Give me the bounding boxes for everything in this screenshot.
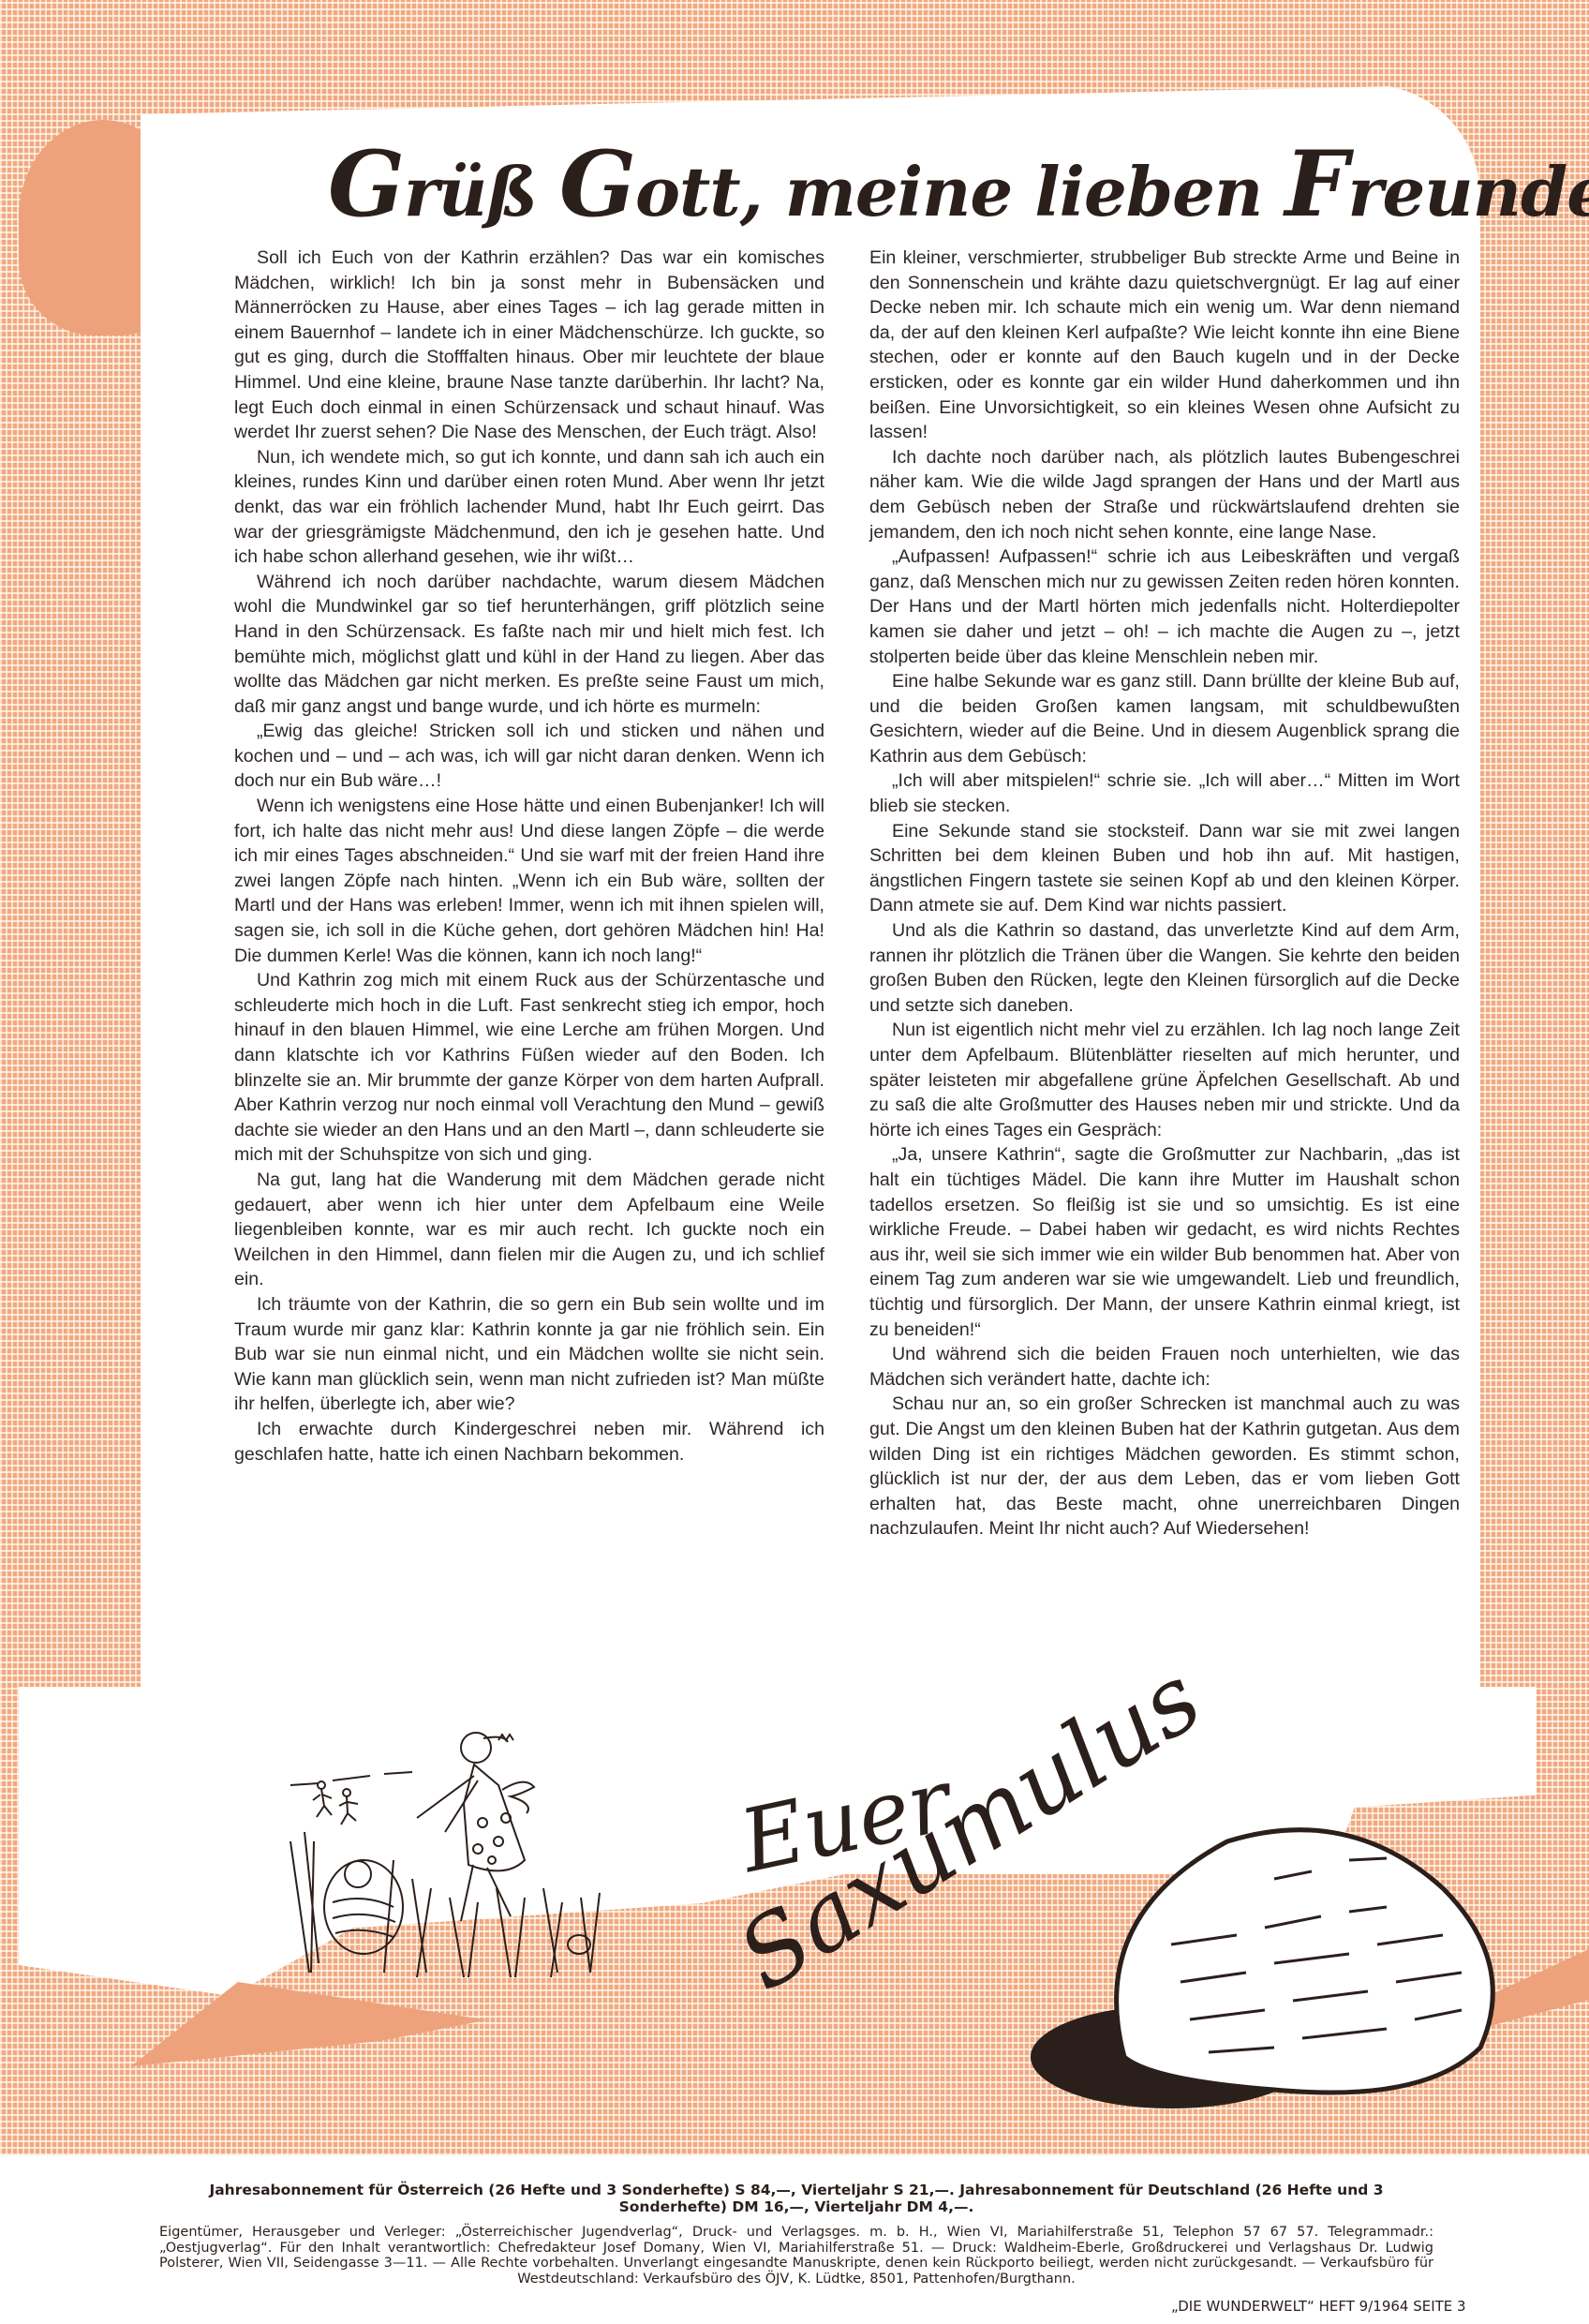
paragraph: „Aufpassen! Aufpassen!“ schrie ich aus L… [869,544,1460,669]
paragraph: Ich erwachte durch Kindergeschrei neben … [234,1417,824,1467]
title-word-gruss: rüß [404,152,559,231]
paragraph: Schau nur an, so ein großer Schrecken is… [869,1392,1460,1542]
article-column-left: Soll ich Euch von der Kathrin erzählen? … [234,246,824,1467]
paragraph: Ein kleiner, verschmierter, strubbeliger… [869,246,1460,445]
title-initial-g1: G [328,131,404,237]
imprint: Eigentümer, Herausgeber und Verleger: „Ö… [159,2225,1433,2287]
paragraph: Ich träumte von der Kathrin, die so gern… [234,1292,824,1417]
paragraph: Während ich noch darüber nachdachte, war… [234,570,824,720]
paragraph: Eine Sekunde stand sie stocksteif. Dann … [869,819,1460,918]
paragraph: Wenn ich wenigstens eine Hose hätte und … [234,794,824,968]
illustration-stone-icon [993,1804,1518,2123]
paragraph: Nun ist eigentlich nicht mehr viel zu er… [869,1018,1460,1142]
paragraph: Ich dachte noch darüber nach, als plötzl… [869,445,1460,544]
title-words-middle: ott, meine lieben [635,152,1285,231]
paragraph: Na gut, lang hat die Wanderung mit dem M… [234,1168,824,1292]
subscription-info: Jahresabonnement für Österreich (26 Heft… [159,2182,1433,2215]
paragraph: Und als die Kathrin so dastand, das unve… [869,918,1460,1018]
title-initial-g2: G [559,131,635,237]
title-initial-f: F [1285,131,1347,237]
paragraph: „Ja, unsere Kathrin“, sagte die Großmutt… [869,1142,1460,1342]
footer: Jahresabonnement für Österreich (26 Heft… [159,2182,1433,2287]
page-reference: „DIE WUNDERWELT“ HEFT 9/1964 SEITE 3 [1171,2298,1466,2315]
paragraph: „Ewig das gleiche! Stricken soll ich und… [234,719,824,794]
illustration-girl-icon [253,1701,665,1982]
page-title: Grüß Gott, meine lieben Freunde! [328,131,1452,237]
title-word-freunde: reunde! [1348,152,1589,231]
paragraph: Nun, ich wendete mich, so gut ich konnte… [234,445,824,570]
paragraph: „Ich will aber mitspielen!“ schrie sie. … [869,768,1460,818]
article-column-right: Ein kleiner, verschmierter, strubbeliger… [869,246,1460,1542]
paragraph: Und während sich die beiden Frauen noch … [869,1342,1460,1392]
paragraph: Und Kathrin zog mich mit einem Ruck aus … [234,968,824,1168]
paragraph: Eine halbe Sekunde war es ganz still. Da… [869,669,1460,768]
paragraph: Soll ich Euch von der Kathrin erzählen? … [234,246,824,445]
